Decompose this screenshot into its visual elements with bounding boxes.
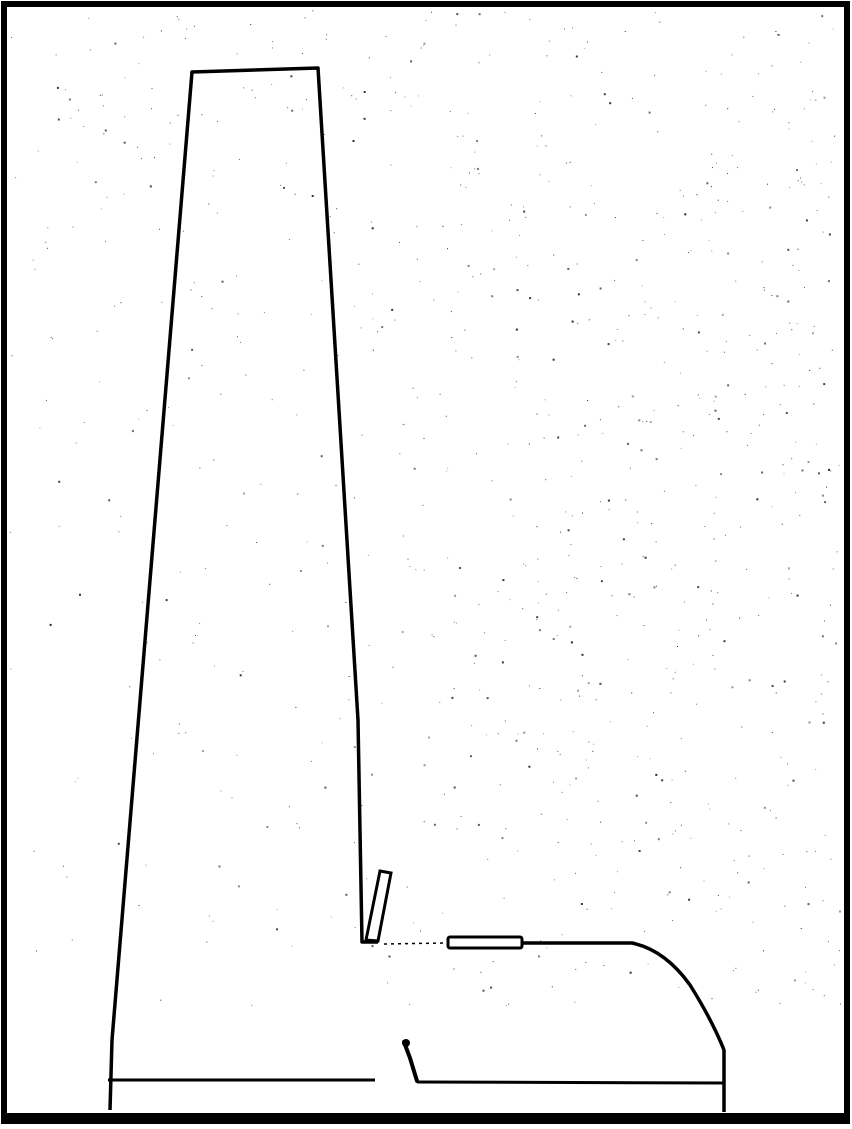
hinged-lever <box>404 1042 417 1081</box>
slanted-plate <box>366 871 391 941</box>
dashed-joint <box>384 943 446 944</box>
line-drawing-figure <box>0 0 852 1129</box>
lever-pivot <box>402 1039 410 1047</box>
diagram-canvas <box>0 0 852 1129</box>
horizontal-bar <box>448 937 522 948</box>
ramp-profile <box>522 943 724 1112</box>
outer-frame <box>4 4 847 1121</box>
scan-noise <box>10 10 841 1006</box>
ground-line-right <box>417 1082 724 1083</box>
tower-outline <box>110 68 378 1110</box>
